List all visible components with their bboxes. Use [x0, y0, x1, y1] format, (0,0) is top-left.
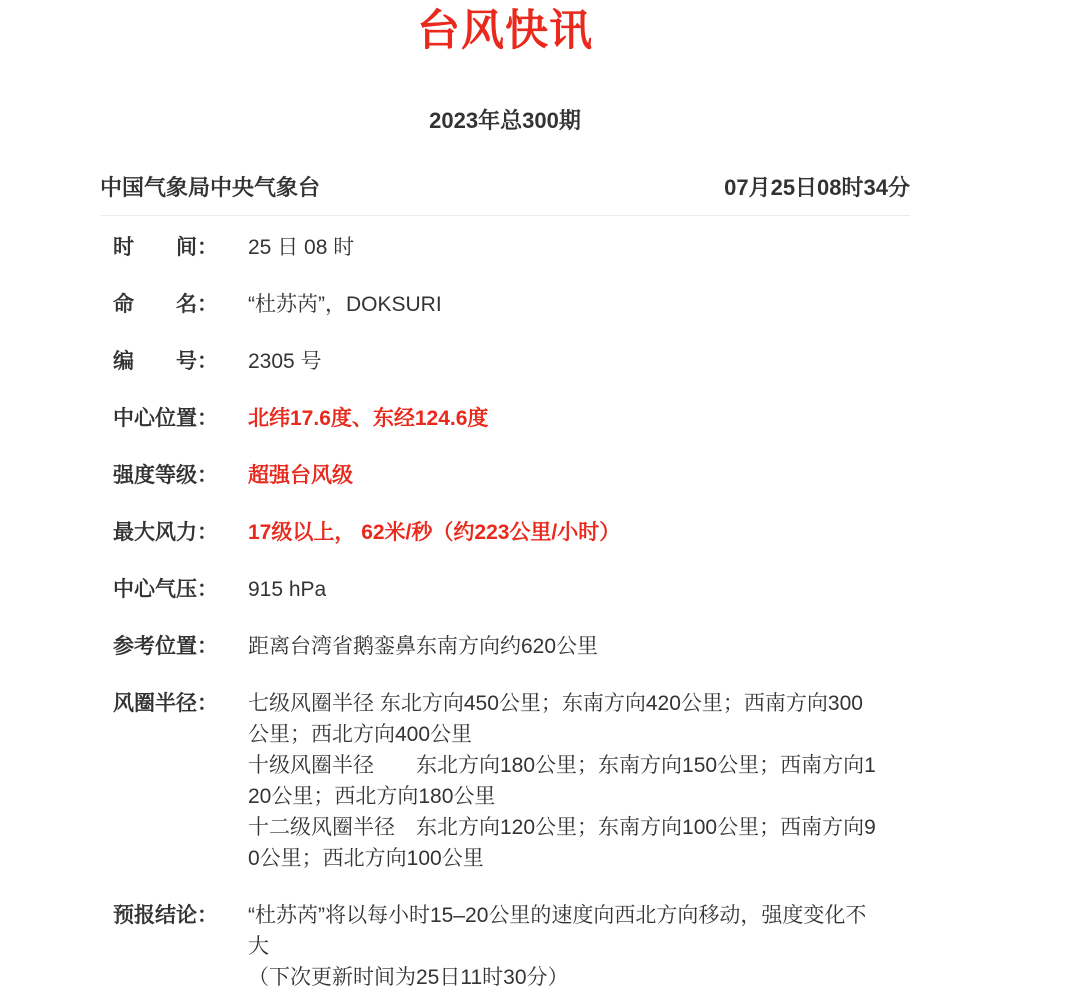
- field-value: 超强台风级: [248, 460, 910, 491]
- field-row-pressure: 中心气压： 915 hPa: [113, 574, 910, 605]
- issue-number: 2023年总300期: [100, 104, 910, 135]
- forecast-line: （下次更新时间为25日11时30分）: [248, 962, 910, 993]
- field-label: 编 号：: [113, 346, 248, 377]
- publisher-name: 中国气象局中央气象台: [100, 171, 320, 202]
- field-value: 915 hPa: [248, 574, 910, 605]
- field-row-name: 命 名： “杜苏芮”，DOKSURI: [113, 289, 910, 320]
- field-row-intensity: 强度等级： 超强台风级: [113, 460, 910, 491]
- field-row-max-wind: 最大风力： 17级以上， 62米/秒（约223公里/小时）: [113, 517, 910, 548]
- field-value: “杜苏芮”将以每小时15–20公里的速度向西北方向移动，强度变化不 大 （下次更…: [248, 900, 910, 993]
- wind-circle-line: 0公里；西北方向100公里: [248, 843, 910, 874]
- field-label: 风圈半径：: [113, 688, 248, 719]
- field-label: 中心气压：: [113, 574, 248, 605]
- field-value: 距离台湾省鹅銮鼻东南方向约620公里: [248, 631, 910, 662]
- field-label: 参考位置：: [113, 631, 248, 662]
- issue-datetime: 07月25日08时34分: [724, 171, 910, 202]
- field-value: 七级风圈半径 东北方向450公里；东南方向420公里；西南方向300 公里；西北…: [248, 688, 910, 874]
- field-value: 25 日 08 时: [248, 232, 910, 263]
- field-label: 最大风力：: [113, 517, 248, 548]
- field-row-forecast-conclusion: 预报结论： “杜苏芮”将以每小时15–20公里的速度向西北方向移动，强度变化不 …: [113, 900, 910, 993]
- page-title: 台风快讯: [100, 0, 910, 57]
- field-value: 17级以上， 62米/秒（约223公里/小时）: [248, 517, 910, 548]
- forecast-line: 大: [248, 931, 910, 962]
- field-label: 中心位置：: [113, 403, 248, 434]
- wind-circle-line: 公里；西北方向400公里: [248, 719, 910, 750]
- wind-circle-line: 七级风圈半径 东北方向450公里；东南方向420公里；西南方向300: [248, 688, 910, 719]
- field-row-time: 时 间： 25 日 08 时: [113, 232, 910, 263]
- field-value: 北纬17.6度、东经124.6度: [248, 403, 910, 434]
- field-value: “杜苏芮”，DOKSURI: [248, 289, 910, 320]
- field-label: 时 间：: [113, 232, 248, 263]
- field-value: 2305 号: [248, 346, 910, 377]
- field-row-reference-position: 参考位置： 距离台湾省鹅銮鼻东南方向约620公里: [113, 631, 910, 662]
- bulletin-fields: 时 间： 25 日 08 时 命 名： “杜苏芮”，DOKSURI 编 号： 2…: [100, 216, 910, 993]
- wind-circle-line: 20公里；西北方向180公里: [248, 781, 910, 812]
- field-row-center-position: 中心位置： 北纬17.6度、东经124.6度: [113, 403, 910, 434]
- typhoon-bulletin: 台风快讯 2023年总300期 中国气象局中央气象台 07月25日08时34分 …: [100, 0, 910, 993]
- field-label: 预报结论：: [113, 900, 248, 931]
- bulletin-header: 中国气象局中央气象台 07月25日08时34分: [100, 171, 910, 202]
- wind-circle-line: 十级风圈半径 东北方向180公里；东南方向150公里；西南方向1: [248, 750, 910, 781]
- field-label: 命 名：: [113, 289, 248, 320]
- field-label: 强度等级：: [113, 460, 248, 491]
- field-row-wind-circle-radius: 风圈半径： 七级风圈半径 东北方向450公里；东南方向420公里；西南方向300…: [113, 688, 910, 874]
- forecast-line: “杜苏芮”将以每小时15–20公里的速度向西北方向移动，强度变化不: [248, 900, 910, 931]
- wind-circle-line: 十二级风圈半径 东北方向120公里；东南方向100公里；西南方向9: [248, 812, 910, 843]
- field-row-number: 编 号： 2305 号: [113, 346, 910, 377]
